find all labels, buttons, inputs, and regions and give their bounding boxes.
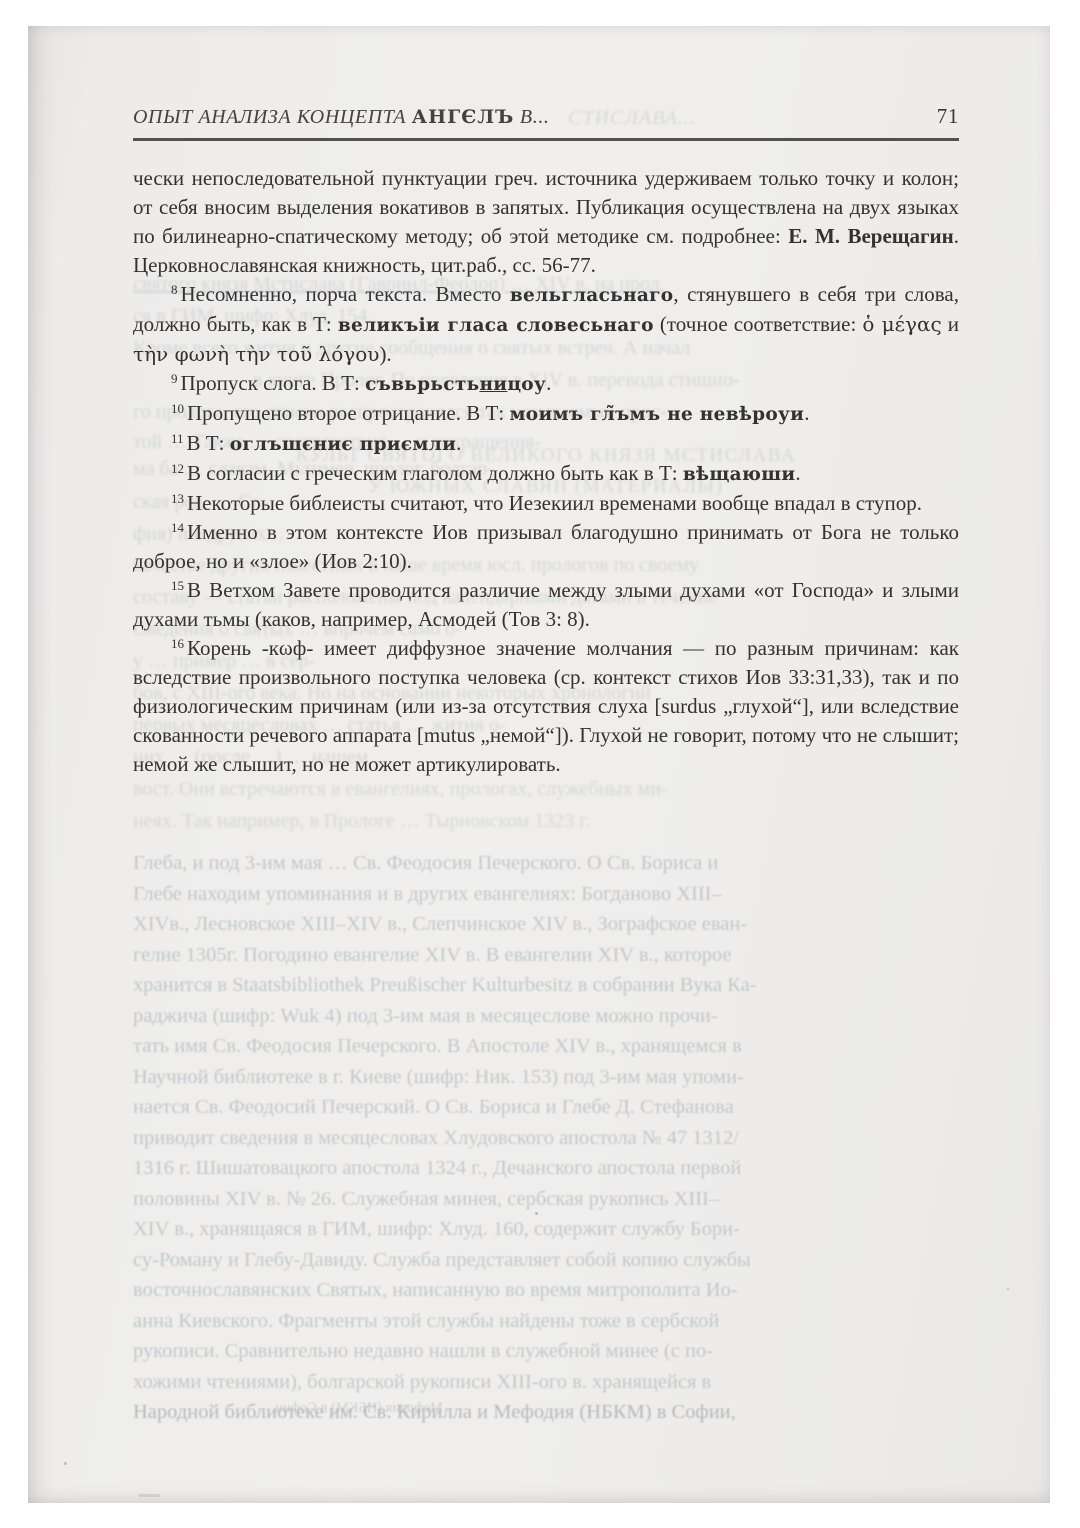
- ghost-line: су-Роману и Глебу-Давиду. Служба предста…: [133, 1245, 959, 1276]
- text-segment: (точное соответствие:: [654, 312, 863, 336]
- text-segment: .: [546, 371, 551, 395]
- ghost-line: неях. Так например, в Прологе … Тырновск…: [133, 809, 959, 833]
- footnote-number: 10: [171, 401, 184, 416]
- footnote-8: 8Несомненно, порча текста. Вместо вельгл…: [133, 280, 959, 369]
- ghost-lower-layer: Глеба, и под 3-им мая … Св. Феодосия Печ…: [133, 848, 959, 1428]
- text-segment: вельгласьнаго: [510, 285, 674, 306]
- scan-speck: [64, 1462, 67, 1465]
- footnote-number: 11: [171, 431, 184, 446]
- scan-speck: [138, 1494, 160, 1497]
- ghost-line: половины XIV в. № 26. Служебная минея, с…: [133, 1184, 959, 1215]
- ghost-line: анна Киевского. Фрагменты этой службы на…: [133, 1306, 959, 1337]
- ghost-line: раджича (шифр: Wuk 4) под 3-им мая в мес…: [133, 1001, 959, 1032]
- ghost-line: вост. Они встречаются в евангелиях, прол…: [133, 777, 959, 801]
- text-segment: Несомненно, порча текста. Вместо: [181, 282, 510, 306]
- text-segment: Именно в этом контексте Иов призывал бла…: [133, 520, 959, 573]
- footnote-9: 9Пропуск слога. В Т: съвьрьстьницоу.: [133, 369, 959, 399]
- footnotes-text: чески непоследовательной пунктуации греч…: [133, 164, 959, 779]
- text-segment: Пропуск слога. В Т:: [181, 371, 366, 395]
- text-segment: τὴν φωνὴ τὴν τοῦ λόγου: [133, 342, 379, 366]
- ghost-line: Глеба, и под 3-им мая … Св. Феодосия Печ…: [133, 848, 959, 879]
- ghost-line: хранится в Staatsbibliothek Preußischer …: [133, 970, 959, 1001]
- ghost-line: Научной библиотеке в г. Киеве (шифр: Ник…: [133, 1062, 959, 1093]
- ghost-line: тать имя Св. Феодосия Печерского. В Апос…: [133, 1031, 959, 1062]
- scanned-page: святого князя Мстислава (Гавриил-Феодор)…: [28, 26, 1050, 1503]
- text-segment: В Т:: [187, 431, 230, 455]
- text-segment: ни: [479, 374, 507, 395]
- scan-canvas: { "colors":{"paper":"#edecea","ink":"#34…: [0, 0, 1080, 1528]
- text-segment: съвьрьсть: [365, 374, 479, 395]
- running-head: ОПЫТ АНАЛИЗА КОНЦЕПТА АНГЄЛЪ В... 71: [133, 104, 959, 141]
- intro-paragraph: чески непоследовательной пунктуации греч…: [133, 164, 959, 280]
- text-block: ОПЫТ АНАЛИЗА КОНЦЕПТА АНГЄЛЪ В... 71 чес…: [133, 104, 959, 779]
- ghost-mirrored-fragment: Мефодия (НБКМ) в Софии,: [133, 1400, 443, 1417]
- footnote-number: 13: [171, 491, 184, 506]
- text-segment: .: [804, 401, 809, 425]
- footnote-number: 8: [171, 282, 178, 297]
- footnote-13: 13Некоторые библеисты считают, что Иезек…: [133, 489, 959, 518]
- text-segment: цоу: [507, 374, 546, 395]
- running-title-slavonic-word: АНГЄЛЪ: [412, 106, 515, 128]
- text-segment: Пропущено второе отрицание. В Т:: [187, 401, 509, 425]
- footnote-number: 14: [171, 520, 184, 535]
- text-segment: ).: [379, 342, 391, 366]
- footnote-number: 16: [171, 636, 184, 651]
- text-segment: вѣщаюши: [683, 464, 796, 485]
- ghost-line: 1316 г. Шишатовацкого апостола 1324 г., …: [133, 1153, 959, 1184]
- footnote-number: 15: [171, 578, 184, 593]
- footnote-15: 15В Ветхом Завете проводится различие ме…: [133, 576, 959, 634]
- footnote-list: 8Несомненно, порча текста. Вместо вельгл…: [133, 280, 959, 779]
- footnote-number: 9: [171, 371, 178, 386]
- text-segment: ὁ μέγας: [862, 312, 941, 336]
- ghost-line: XIV в., хранящаяся в ГИМ, шифр: Хлуд. 16…: [133, 1214, 959, 1245]
- ghost-line: гелие 1305г. Погодино евангелие XIV в. В…: [133, 940, 959, 971]
- text-segment: Некоторые библеисты считают, что Иезекии…: [187, 491, 922, 515]
- text-segment: оглъшєниє приємли: [230, 434, 456, 455]
- footnote-number: 12: [171, 461, 184, 476]
- text-segment: В согласии с греческим глаголом должно б…: [187, 461, 683, 485]
- running-title-prefix: ОПЫТ АНАЛИЗА КОНЦЕПТА: [133, 106, 412, 128]
- text-segment: В Ветхом Завете проводится различие межд…: [133, 578, 959, 631]
- footnote-16: 16Корень -кωф- имеет диффузное значение …: [133, 634, 959, 779]
- text-segment: и: [942, 312, 959, 336]
- ghost-line: XIVв., Лесновское XIII–XIV в., Слепчинск…: [133, 909, 959, 940]
- ghost-line: Глебе находим упоминания и в других еван…: [133, 879, 959, 910]
- scan-speck: [535, 1212, 538, 1215]
- running-title: ОПЫТ АНАЛИЗА КОНЦЕПТА АНГЄЛЪ В...: [133, 106, 550, 129]
- text-segment: .: [456, 431, 461, 455]
- footnote-11: 11В Т: оглъшєниє приємли.: [133, 429, 959, 459]
- text-segment: моимъ гл̃ъмъ не невѣроуи: [509, 404, 804, 425]
- ghost-line: восточнославянских Святых, написанную во…: [133, 1275, 959, 1306]
- text-segment: великъіи гласа словесьнаго: [338, 315, 654, 336]
- page-number: 71: [937, 104, 959, 129]
- footnote-10: 10Пропущено второе отрицание. В Т: моимъ…: [133, 399, 959, 429]
- text-segment: Е. М. Верещагин: [788, 224, 954, 248]
- footnote-12: 12В согласии с греческим глаголом должно…: [133, 459, 959, 489]
- footnote-14: 14Именно в этом контексте Иов призывал б…: [133, 518, 959, 576]
- text-segment: .: [795, 461, 800, 485]
- text-segment: Корень -кωф- имеет диффузное значение мо…: [133, 636, 959, 776]
- scan-speck: [1007, 1288, 1009, 1290]
- running-title-suffix: В...: [514, 106, 549, 128]
- ghost-line: рукописи. Сравнительно недавно нашли в с…: [133, 1336, 959, 1367]
- ghost-line: приводит сведения в месяцесловах Хлудовс…: [133, 1123, 959, 1154]
- ghost-line: хожими чтениями), болгарской рукописи XI…: [133, 1367, 959, 1398]
- ghost-line: нается Св. Феодосий Печерский. О Св. Бор…: [133, 1092, 959, 1123]
